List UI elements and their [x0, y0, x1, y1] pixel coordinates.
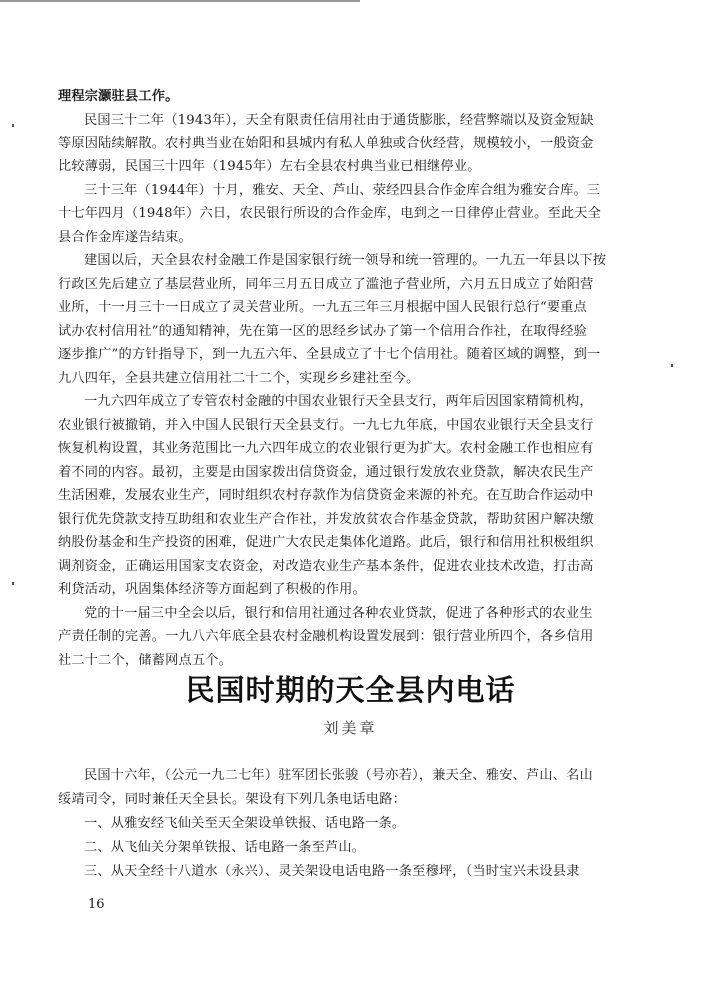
text-line: 恢复机构设置，其业务范围比一九六四年成立的农业银行更为扩大。农村金融工作也相应有: [58, 439, 594, 459]
text-line: 绥靖司令，同时兼任天全县长。架设有下列几条电话电路：: [58, 790, 406, 810]
article-title: 民国时期的天全县内电话: [58, 668, 643, 709]
paragraph-start: 建国以后，天全县农村金融工作是国家银行统一领导和统一管理的。一九五一年县以下按: [84, 251, 606, 271]
text-line: 银行优先贷款支持互助组和农业生产合作社，并发放贫农合作基金贷款，帮助贫困户解决缴: [58, 510, 594, 530]
text-line: 理程宗灏驻县工作。: [58, 87, 179, 107]
text-line: 着不同的内容。最初，主要是由国家拨出信贷资金，通过银行发放农业贷款，解决农民生产: [58, 463, 594, 483]
text-line: 生活困难，发展农业生产，同时组织农村存款作为信贷资金来源的补充。在互助合作运动中: [58, 486, 594, 506]
text-line: 业所，十一月三十一日成立了灵关营业所。一九五三年三月根据中国人民银行总行“要重点: [58, 298, 587, 318]
scan-speck: [12, 124, 14, 127]
text-line: 逐步推广”的方针指导下，到一九五六年、全县成立了十七个信用社。随着区域的调整，到…: [58, 345, 600, 365]
text-line: 农业银行被撤销，并入中国人民银行天全县支行。一九七九年底，中国农业银行天全县支行: [58, 416, 594, 436]
paragraph-start: 党的十一届三中全会以后，银行和信用社通过各种农业贷款，促进了各种形式的农业生: [84, 604, 593, 624]
text-line: 试办农村信用社”的通知精神，先在第一区的思经乡试办了第一个信用合作社，在取得经验: [58, 322, 587, 342]
text-line: 调剂资金，正确运用国家支农资金，对改造农业生产基本条件，促进农业技术改造，打击高: [58, 557, 594, 577]
paragraph-start: 一九六四年成立了专管农村金融的中国农业银行天全县支行，两年后因国家精简机构，: [84, 392, 593, 412]
text-line: 利贷活动，巩固集体经济等方面起到了积极的作用。: [58, 580, 366, 600]
list-item: 二、从飞仙关分架单铁报、话电路一条至芦山。: [84, 838, 365, 858]
scan-speck: [671, 364, 673, 367]
list-item: 三、从天全经十八道水（永兴）、灵关架设电话电路一条至穆坪，（当时宝兴未设县隶: [84, 862, 580, 882]
text-line: 县合作金库遂告结束。: [58, 228, 192, 248]
paragraph-start: 民国十六年，（公元一九二七年）驻军团长张骏（号亦若），兼天全、雅安、芦山、名山: [84, 766, 593, 786]
paragraph-start: 民国三十二年（1943年），天全有限责任信用社由于通货膨胀，经营弊端以及资金短缺: [84, 111, 594, 131]
list-item: 一、从雅安经飞仙关至天全架设单铁报、话电路一条。: [84, 814, 405, 834]
text-line: 比较薄弱，民国三十四年（1945年）左右全县农村典当业已相继停业。: [58, 157, 481, 177]
paragraph-start: 三十三年（1944年）十月，雅安、天全、芦山、荥经四县合作金库合组为雅安合库。三: [84, 181, 600, 201]
scan-speck: [12, 582, 14, 585]
text-line: 纳股份基金和生产投资的困难，促进广大农民走集体化道路。此后，银行和信用社积极组织: [58, 533, 594, 553]
text-line: 行政区先后建立了基层营业所，同年三月五日成立了滥池子营业所，六月五日成立了始阳营: [58, 275, 594, 295]
page-number: 16: [88, 897, 105, 912]
text-line: 产责任制的完善。一九八六年底全县农村金融机构设置发展到：银行营业所四个，各乡信用: [58, 627, 594, 647]
text-line: 九八四年，全县共建立信用社二十二个，实现乡乡建社至今。: [58, 369, 419, 389]
scan-edge-line: [0, 0, 360, 2]
text-line: 十七年四月（1948年）六日，农民银行所设的合作金库，电到之一日律停止营业。至此…: [58, 204, 601, 224]
text-line: 等原因陆续解散。农村典当业在始阳和县城内有私人单独或合伙经营，规模较小，一般资金: [58, 134, 594, 154]
article-author: 刘美章: [58, 717, 643, 738]
